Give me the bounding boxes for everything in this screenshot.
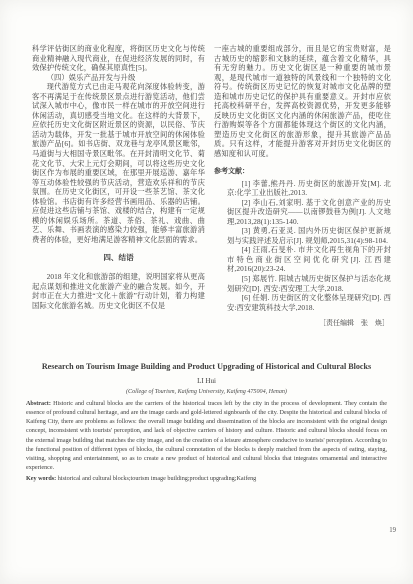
reference-item-6: [6] 任娟. 历史街区的文化整体呈现研究[D]. 西安:西安建筑科技大学,20… [214, 293, 391, 312]
section-heading-conclusion: 四、结语 [32, 253, 205, 263]
scanned-paper-page: 科学评估街区的商业化程度，将街区历史文化与传统商业精神融入现代商业，在促进经济发… [0, 0, 413, 584]
right-column: 一座古城的重要组成部分，而且是它的宝贵财富，是古城历史的缩影和文脉的延续，蕴含着… [214, 44, 391, 328]
chinese-body: 科学评估街区的商业化程度，将街区历史文化与传统商业精神融入现代商业，在促进经济发… [32, 44, 391, 328]
english-keywords: Key words: historical and cultural block… [26, 475, 387, 484]
page-number: 19 [389, 527, 396, 534]
paragraph-entertainment: 现代游览方式已由走马观花向深度体验转变，游客不再满足于在传统景区景点进行游览活动… [32, 82, 205, 244]
editor-note: ［责任编辑 张 焕］ [214, 319, 391, 328]
english-abstract-section: Research on Tourism Image Building and P… [26, 362, 387, 484]
left-column: 科学评估街区的商业化程度，将街区历史文化与传统商业精神融入现代商业，在促进经济发… [32, 44, 205, 328]
paragraph-conclusion: 2018 年文化和旅游部的组建，说明国家将从更高起点谋划和推进文化旅游产业的融合… [32, 272, 205, 310]
keywords-label: Key words: [26, 476, 56, 482]
abstract-text: Historic and cultural blocks are the car… [26, 401, 387, 472]
reference-item-5: [5] 郑展竹. 阳城古城历史街区保护与活态化规划研究[D]. 西安:西安理工大… [214, 274, 391, 293]
keywords-text: historical and cultural blocks;tourism i… [56, 476, 256, 482]
reference-item-4: [4] 汪雨,石旻朴. 市井文化再生视角下的开封市特色商业街区空间优化研究[J]… [214, 245, 391, 274]
english-abstract: Abstract: Historic and cultural blocks a… [26, 400, 387, 474]
english-author: LI Hui [26, 377, 387, 385]
english-affiliation: (College of Tourism, Kaifeng University,… [26, 389, 387, 395]
references-heading: 参考文献： [214, 167, 391, 176]
english-title: Research on Tourism Image Building and P… [32, 362, 381, 372]
reference-item-3: [3] 黄勇,石亚灵. 国内外历史街区保护更新规划与实践评述及启示[J]. 规划… [214, 226, 391, 245]
abstract-label: Abstract: [26, 401, 51, 407]
reference-item-2: [2] 李山石,刘家明. 基于文化创意产业的历史街区提升改造研究——以南锣鼓巷为… [214, 198, 391, 227]
paragraph-carryover: 科学评估街区的商业化程度，将街区历史文化与传统商业精神融入现代商业，在促进经济发… [32, 44, 205, 73]
subsection-heading-entertainment: （四）娱乐产品开发与升级 [32, 73, 205, 83]
reference-item-1: [1] 李蕾,熊丹丹. 历史街区的旅游开发[M]. 北京:化学工业出版社,201… [214, 179, 391, 198]
paragraph-conclusion-continued: 一座古城的重要组成部分，而且是它的宝贵财富，是古城历史的缩影和文脉的延续，蕴含着… [214, 44, 391, 159]
